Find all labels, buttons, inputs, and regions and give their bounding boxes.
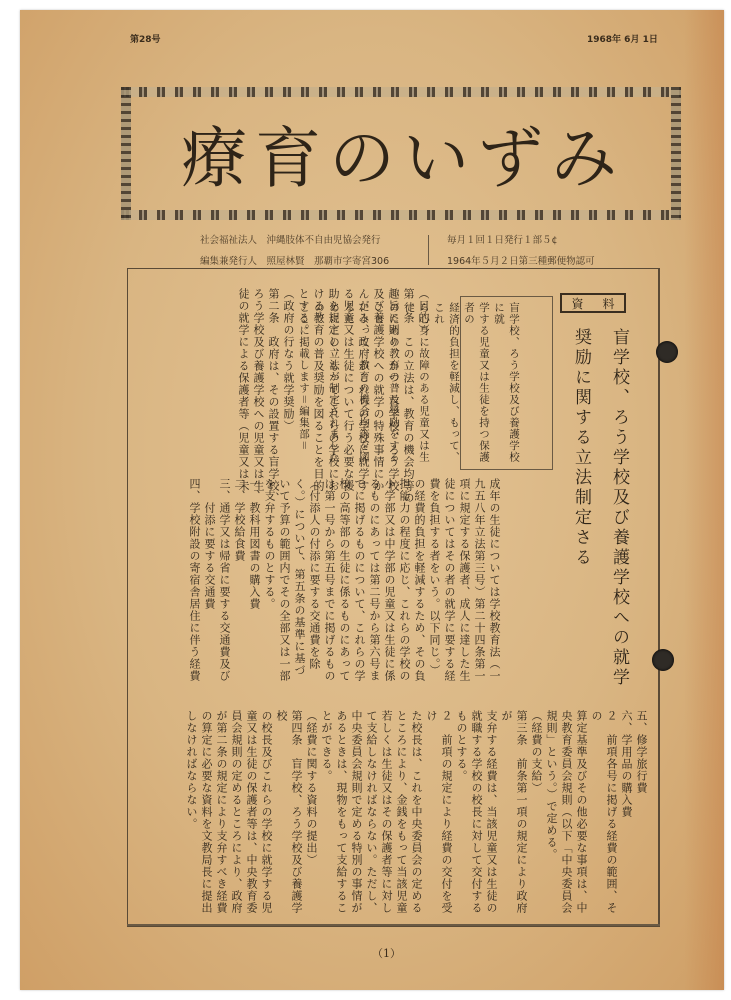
text-column: 第四条 盲学校、ろう学校及び養護学校 [274, 710, 304, 920]
text-column: でに掲げるものについて、これらの学 [352, 478, 367, 698]
postal-permit-line: 1964年５月２日第三種郵便物認可 [447, 253, 595, 267]
text-column: 三、通学又は帰省に要する交通費及び [217, 478, 232, 698]
text-column: 算定基準及びその他必要な事項は、中 [574, 710, 589, 920]
text-column: （付添人の付添に要する交通費を除 [307, 478, 322, 698]
text-column: 項に規定する保護者、成人に達した生 [457, 478, 472, 698]
text-column: ところにより、金銭をもって当該児童 [394, 710, 409, 920]
text-column: 経済的負担を軽減し、もって、これ [431, 302, 461, 468]
text-column: 四、学校附設の寄宿舎居住に伴う経費 [187, 478, 202, 698]
text-column: く。）について、第五条の基準に基づ [292, 478, 307, 698]
section-label: 資 料 [560, 293, 626, 313]
text-column: 員会規則の定めるところにより、政府 [229, 710, 244, 920]
text-column: 規則」という。）で定める。 [544, 710, 559, 920]
headline-line-1: 盲学校、ろう学校及び養護学校への就学 [606, 328, 632, 688]
text-column: 六、学用品の購入費 [619, 710, 634, 920]
masthead-border-right [671, 87, 681, 220]
text-column: 成年の生徒については学校教育法（一 [487, 478, 502, 698]
text-column: が第二条の規定により支弁すべき経費 [214, 710, 229, 920]
text-column: 五、修学旅行費 [634, 710, 649, 920]
text-column: 中央委員会規則で定める特別の事情が [349, 710, 364, 920]
publisher-divider [428, 235, 429, 265]
text-column: の算定に必要な資料を文教局長に提出 [199, 710, 214, 920]
masthead: 療育のいずみ [121, 87, 681, 220]
text-column: 盲学校、ろう学校及び養護学校に就 [491, 302, 521, 468]
text-column: （経費の支給） [529, 710, 544, 920]
text-column: 童又は生徒の保護者等は、中央教育委 [244, 710, 259, 920]
title-char: の [329, 105, 399, 200]
text-column: 校の高等部の生徒に係るものにあって [337, 478, 352, 698]
title-char: み [551, 105, 621, 200]
masthead-border-bottom [121, 210, 681, 220]
text-column: 若しくは生徒又はその保護者等に対し [379, 710, 394, 920]
section-label-char: 料 [602, 295, 614, 312]
section-label-char: 資 [571, 295, 583, 312]
text-column: 徒についてはその者の就学に要する経 [442, 478, 457, 698]
text-column: て支給しなければならない。ただし、 [364, 710, 379, 920]
text-column: いて予算の範囲内でその全部又は一部 [277, 478, 292, 698]
masthead-border-left [121, 87, 131, 220]
article-lower-section: 五、修学旅行費六、学用品の購入費２ 前項各号に掲げる経費の範囲、その算定基準及び… [184, 710, 649, 920]
editor-line: 編集兼発行人 照屋林賢 那覇市字寄宮306 [200, 253, 389, 267]
title-char: い [403, 105, 473, 200]
issue-number: 第28号 [130, 32, 161, 45]
text-column: 費を負担する者をいう。以下同じ。） [427, 478, 442, 698]
text-column: を支弁するものとする。 [262, 478, 277, 698]
text-column: 就職する学校の校長に対して交付する [469, 710, 484, 920]
text-column: るものにあっては第二号から第六号ま [367, 478, 382, 698]
text-column: ２ 前項各号に掲げる経費の範囲、その [589, 710, 619, 920]
text-column: 二、学校給食費 [232, 478, 247, 698]
text-column: しなければならない。 [184, 710, 199, 920]
punch-hole-bottom [652, 649, 674, 671]
text-column: 学する児童又は生徒を持つ保護者の [461, 302, 491, 468]
text-column: 支弁する経費は、当該児童又は生徒の [484, 710, 499, 920]
newsletter-page: 第28号 1968年 6月 1日 療育のいずみ 社会福祉法人 沖縄肢体不自由児協… [20, 10, 724, 990]
text-column: 担能力の程度に応じ、これらの学校の [397, 478, 412, 698]
article-middle-section: 成年の生徒については学校教育法（一九五八年立法第三号）第二十四条第一項に規定する… [187, 478, 502, 698]
text-column: の経費的負担を軽減するため、その負 [412, 478, 427, 698]
title-char: ず [477, 105, 547, 200]
text-column: とができる。 [319, 710, 334, 920]
issue-date: 1968年 6月 1日 [587, 32, 658, 45]
title-char: 療 [181, 105, 251, 200]
text-column: 付添に要する交通費 [202, 478, 217, 698]
text-column: 一、教科用図書の購入費 [247, 478, 262, 698]
newsletter-title: 療育のいずみ [181, 107, 621, 197]
text-column: 央教育委員会規則（以下「中央委員会 [559, 710, 574, 920]
title-char: 育 [255, 105, 325, 200]
punch-hole-top [656, 341, 678, 363]
text-column: （経費に関する資料の提出） [304, 710, 319, 920]
text-column: ものとする。 [454, 710, 469, 920]
frequency-price-line: 毎月１回１日発行１部５¢ [447, 232, 558, 246]
text-column: あるときは、現物をもって支給するこ [334, 710, 349, 920]
footer-rule [127, 924, 660, 926]
masthead-border-top [121, 87, 681, 97]
headline-line-2: 奨励に関する立法制定さる [568, 328, 594, 568]
page-number: （1） [372, 945, 401, 961]
text-column: 第三条 前条第一項の規定により政府が [499, 710, 529, 920]
publisher-line: 社会福祉法人 沖縄肢体不自由児協会発行 [200, 232, 381, 246]
text-column: ２ 前項の規定により経費の交付を受け [424, 710, 454, 920]
text-column: は第一号から第五号までに掲げるもの [322, 478, 337, 698]
text-column: 小学部又は中学部の児童又は生徒に係 [382, 478, 397, 698]
text-column: た校長は、これを中央委員会の定める [409, 710, 424, 920]
text-column: 九五八年立法第三号）第二十四条第一 [472, 478, 487, 698]
text-column: の校長及びこれらの学校に就学する児 [259, 710, 274, 920]
